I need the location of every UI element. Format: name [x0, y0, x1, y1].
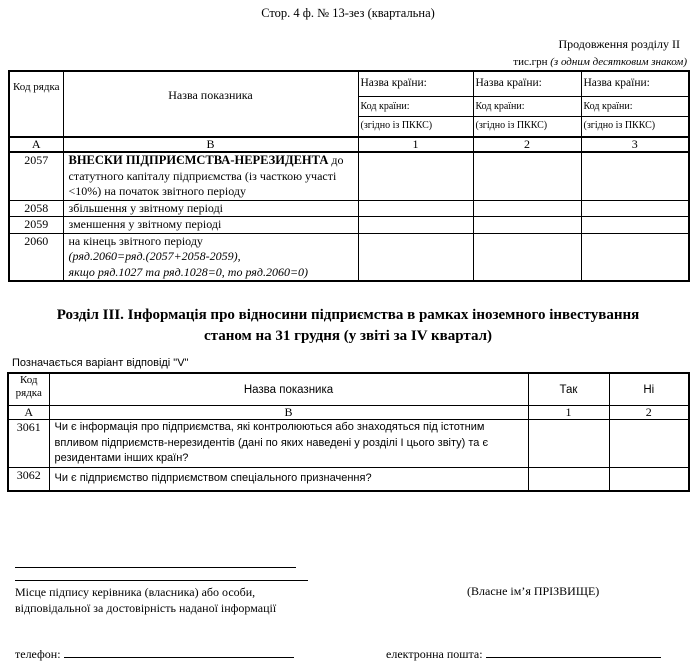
header-name: Назва показника — [63, 71, 358, 137]
column-letters-row: А В 1 2 3 — [9, 137, 689, 152]
email-field: електронна пошта: — [386, 646, 661, 662]
phone-label: телефон: — [15, 647, 61, 661]
column-letters-row: А В 1 2 — [8, 406, 689, 420]
header-no: Ні — [609, 373, 689, 406]
value-cell-c2[interactable] — [473, 200, 581, 217]
value-cell-c2[interactable] — [473, 152, 581, 200]
no-cell[interactable] — [609, 420, 689, 468]
signature-caption-line2: відповідальної за достовірність наданої … — [15, 600, 276, 616]
country-name-2[interactable]: Назва країни: — [473, 71, 581, 97]
row-label: збільшення у звітному періоді — [63, 200, 358, 217]
row-code: 2059 — [9, 217, 63, 234]
email-label: електронна пошта: — [386, 647, 483, 661]
value-cell-c3[interactable] — [581, 233, 689, 281]
section-3-title-line1: Розділ ІІІ. Інформація про відносини під… — [0, 305, 696, 326]
header-code: Код рядка — [9, 71, 63, 137]
row-formula-2: якщо ряд.1027 та ряд.1028=0, то ряд.2060… — [69, 265, 358, 281]
yes-cell[interactable] — [528, 420, 609, 468]
value-cell-c1[interactable] — [358, 200, 473, 217]
row-code: 3062 — [8, 467, 49, 491]
letter-a: А — [9, 137, 63, 152]
table-row: 2058 збільшення у звітному періоді — [9, 200, 689, 217]
value-cell-c3[interactable] — [581, 200, 689, 217]
table-row: 3061 Чи є інформація про підприємства, я… — [8, 420, 689, 468]
letter-a: А — [8, 406, 49, 420]
letter-b: В — [63, 137, 358, 152]
section-3-title-line2: станом на 31 грудня (у звіті за IV кварт… — [0, 326, 696, 347]
country-name-3[interactable]: Назва країни: — [581, 71, 689, 97]
country-source-1: (згідно із ПККС) — [358, 117, 473, 138]
row-code: 2060 — [9, 233, 63, 281]
row-label-main: на кінець звітного періоду — [69, 234, 358, 250]
letter-1: 1 — [528, 406, 609, 420]
country-code-3[interactable]: Код країни: — [581, 97, 689, 117]
value-cell-c3[interactable] — [581, 217, 689, 234]
value-cell-c2[interactable] — [473, 233, 581, 281]
units-unit: тис.грн — [513, 56, 547, 68]
table-row: 2057 ВНЕСКИ ПІДПРИЄМСТВА-НЕРЕЗИДЕНТА до … — [9, 152, 689, 200]
signature-caption-line1: Місце підпису керівника (власника) або о… — [15, 584, 276, 600]
units-precision: (з одним десятковим знаком) — [550, 56, 687, 68]
phone-input[interactable] — [64, 646, 294, 658]
value-cell-c3[interactable] — [581, 152, 689, 200]
value-cell-c1[interactable] — [358, 233, 473, 281]
header-yes: Так — [528, 373, 609, 406]
section-3-title: Розділ ІІІ. Інформація про відносини під… — [0, 305, 696, 347]
row-formula-1: (ряд.2060=ряд.(2057+2058-2059), — [69, 249, 358, 265]
country-code-1[interactable]: Код країни: — [358, 97, 473, 117]
country-source-3: (згідно із ПККС) — [581, 117, 689, 138]
email-input[interactable] — [486, 646, 661, 658]
row-label: зменшення у звітному періоді — [63, 217, 358, 234]
phone-field: телефон: — [15, 646, 294, 662]
country-source-2: (згідно із ПККС) — [473, 117, 581, 138]
answer-note: Позначається варіант відповіді "V" — [12, 357, 188, 369]
table-row: 2059 зменшення у звітному періоді — [9, 217, 689, 234]
page-header: Стор. 4 ф. № 13-зез (квартальна) — [0, 6, 696, 21]
row-label: на кінець звітного періоду (ряд.2060=ряд… — [63, 233, 358, 281]
letter-b: В — [49, 406, 528, 420]
signature-caption: Місце підпису керівника (власника) або о… — [15, 584, 276, 616]
no-cell[interactable] — [609, 467, 689, 491]
row-label: Чи є інформація про підприємства, які ко… — [49, 420, 528, 468]
value-cell-c2[interactable] — [473, 217, 581, 234]
row-code: 3061 — [8, 420, 49, 468]
table-row: 2060 на кінець звітного періоду (ряд.206… — [9, 233, 689, 281]
value-cell-c1[interactable] — [358, 152, 473, 200]
country-name-1[interactable]: Назва країни: — [358, 71, 473, 97]
units-note: тис.грн (з одним десятковим знаком) — [513, 56, 687, 68]
foreign-contributions-table: Код рядка Назва показника Назва країни: … — [8, 70, 690, 282]
row-code: 2057 — [9, 152, 63, 200]
letter-3: 3 — [581, 137, 689, 152]
name-caption: (Власне ім’я ПРІЗВИЩЕ) — [467, 584, 599, 599]
row-label: ВНЕСКИ ПІДПРИЄМСТВА-НЕРЕЗИДЕНТА до стату… — [63, 152, 358, 200]
letter-2: 2 — [473, 137, 581, 152]
letter-2: 2 — [609, 406, 689, 420]
header-name: Назва показника — [49, 373, 528, 406]
signature-place-line[interactable] — [15, 580, 308, 581]
continuation-note: Продовження розділу II — [558, 37, 680, 52]
relations-table: Код рядка Назва показника Так Ні А В 1 2… — [7, 372, 690, 492]
country-code-2[interactable]: Код країни: — [473, 97, 581, 117]
header-code: Код рядка — [8, 373, 49, 406]
signature-line[interactable] — [15, 567, 296, 568]
row-label-bold: ВНЕСКИ ПІДПРИЄМСТВА-НЕРЕЗИДЕНТА — [69, 153, 329, 167]
value-cell-c1[interactable] — [358, 217, 473, 234]
yes-cell[interactable] — [528, 467, 609, 491]
row-label: Чи є підприємство підприємством спеціаль… — [49, 467, 528, 491]
letter-1: 1 — [358, 137, 473, 152]
row-code: 2058 — [9, 200, 63, 217]
table-row: 3062 Чи є підприємство підприємством спе… — [8, 467, 689, 491]
